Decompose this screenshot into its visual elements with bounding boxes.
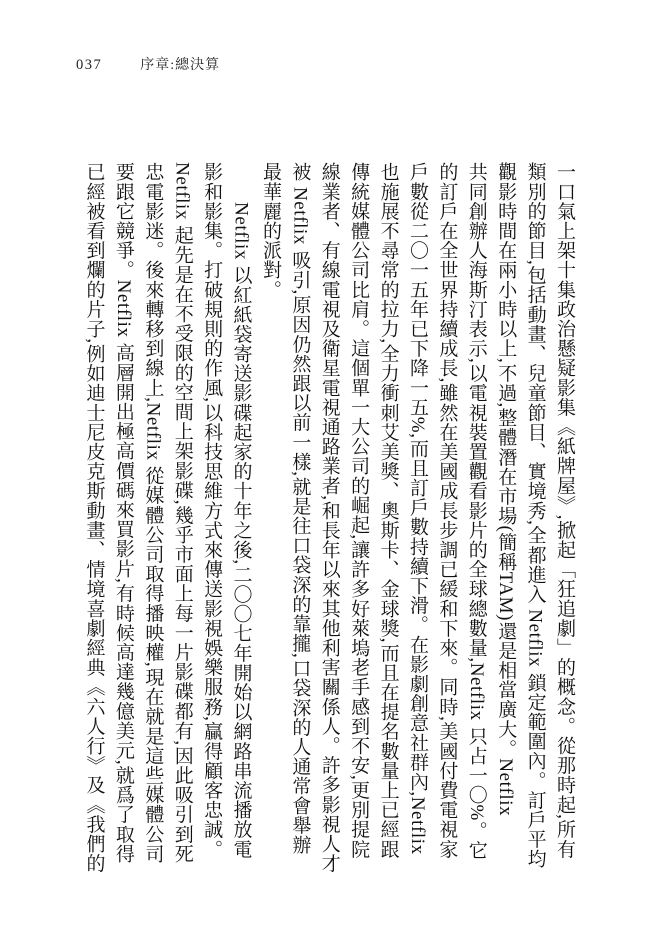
- text-column-1: 一口氣上架十集政治懸疑影集《紙牌屋》,掀起「狂追劇」的概念。從那時起,所有: [550, 162, 579, 894]
- running-head: 037 序章:總決算: [76, 54, 220, 74]
- text-column-10: 被 Netflix 吸引,原因仍然跟以前一樣,就是往口袋深的靠攏,口袋深的人通常…: [285, 162, 314, 894]
- text-column-5: 的訂戶在全世界持續成長,雖然在美國成長步調已緩和下來。同時,美國付費電視家: [432, 162, 461, 894]
- text-column-2: 類別的節目,包括動畫、兒童節目、實境秀,全都進入 Netflix 鎖定範圍內。訂…: [520, 162, 549, 894]
- text-column-8: 傳統媒體公司比肩。這個單一大公司的崛起,讓許多好萊塢老手感到不安,更別提院: [344, 162, 373, 894]
- text-column-7: 也施展不尋常的拉力,全力衝刺艾美獎、奧斯卡、金球獎,而且在提名數量上已經跟: [373, 162, 402, 894]
- page-number: 037: [76, 57, 102, 74]
- text-column-13: 影和影集。打破規則的作風,以科技思維方式來傳送影視娛樂服務,贏得顧客忠誠。: [197, 162, 226, 894]
- body-text: 一口氣上架十集政治懸疑影集《紙牌屋》,掀起「狂追劇」的概念。從那時起,所有 類別…: [79, 162, 579, 894]
- text-column-11: 最華麗的派對。: [256, 162, 285, 894]
- text-column-14: Netflix 起先是在不受限的空間上架影碟,幾乎市面上每一片影碟都有,因此吸引…: [167, 162, 196, 894]
- text-column-4: 共同創辦人海斯汀表示,以電視裝置觀看影片的全球總數量,Netflix 只占一〇%…: [461, 162, 490, 894]
- text-column-6: 戶數從二〇一五年已下降一五%,而且訂戶數持續下滑。在影劇創意社群內,Netfli…: [403, 162, 432, 894]
- text-column-17: 已經被看到爛的片子,例如迪士尼皮克斯動畫、情境喜劇經典《六人行》及《我們的: [79, 162, 108, 894]
- text-column-15: 忠電影迷。後來轉移到線上,Netflix 從媒體公司取得播映權,現在就是這些媒體…: [138, 162, 167, 894]
- chapter-title: 序章:總決算: [140, 54, 220, 74]
- text-column-16: 要跟它競爭。Netflix 高層開出極高價碼來買影片,有時候高達幾億美元,就爲了…: [109, 162, 138, 894]
- text-column-3: 觀影時間在兩小時以上,不過,整體潛在市場(簡稱TAM)還是相當廣大。Netfli…: [491, 162, 520, 894]
- text-column-9: 線業者、有線電視及衛星電視通路業者,和長年以來其他利害關係人。許多影視人才: [314, 162, 343, 894]
- text-column-12-paragraph-start: Netflix 以紅紙袋寄送影碟起家的十年之後,二〇〇七年開始以網路串流播放電: [226, 162, 255, 894]
- book-page: 037 序章:總決算 一口氣上架十集政治懸疑影集《紙牌屋》,掀起「狂追劇」的概念…: [0, 0, 663, 932]
